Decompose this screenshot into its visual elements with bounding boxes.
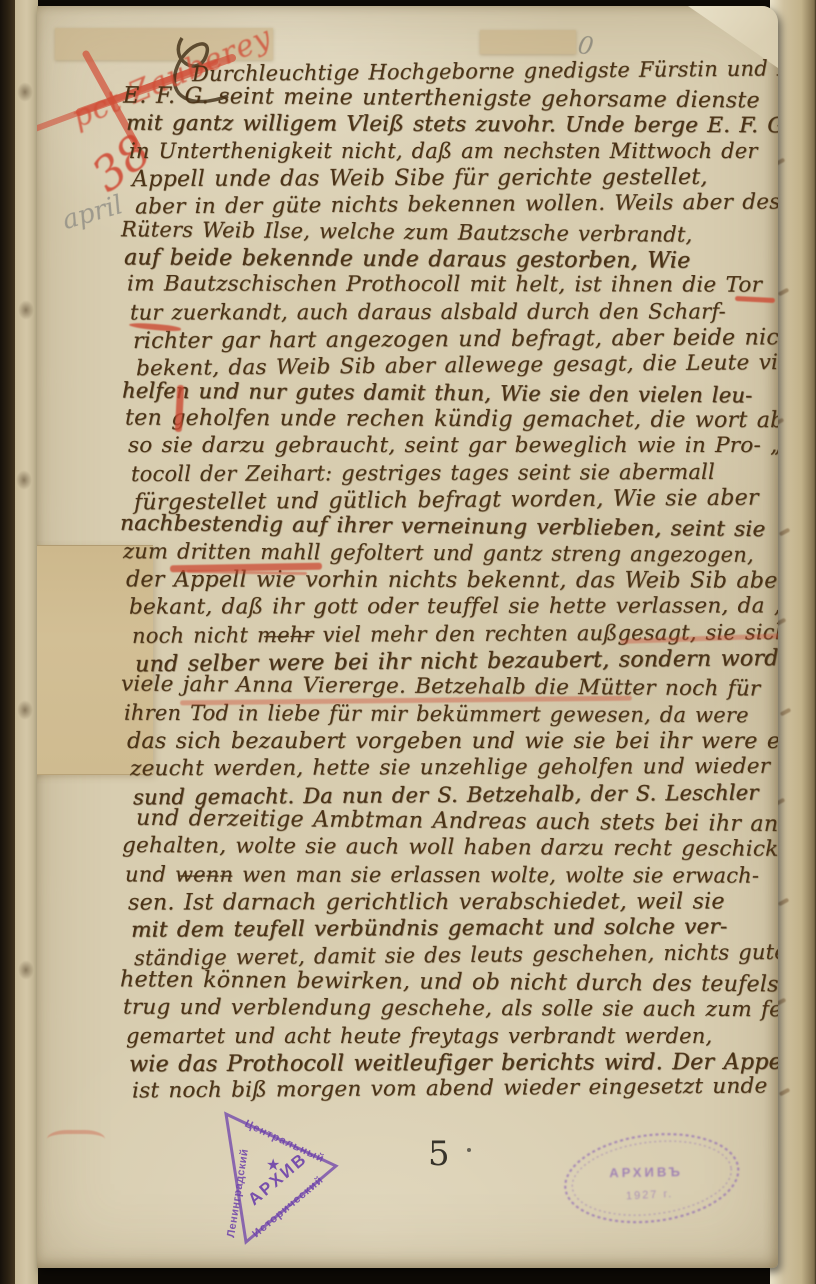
ink-bleed-mark	[779, 1088, 791, 1097]
manuscript-line: bekent, das Weib Sib aber allewege gesag…	[136, 350, 778, 382]
page-number: 5	[428, 1134, 450, 1174]
manuscript-line: Appell unde das Weib Sibe für gerichte g…	[132, 164, 708, 192]
ink-bleed-mark	[779, 528, 791, 537]
manuscript-line: sen. Ist darnach gerichtlich verabschied…	[128, 888, 725, 915]
binding-edge	[0, 0, 15, 1284]
manuscript-line: aber in der güte nichts bekennen wollen.…	[135, 189, 778, 220]
paper-sheet: pct Zauberey 38 april 0 Durchleuchtige H…	[37, 6, 778, 1268]
oval-stamp-line1: АРХИВЪ	[609, 1164, 683, 1180]
manuscript-line: in Unterthenigkeit nicht, daß am nechste…	[129, 138, 758, 164]
manuscript-line: auf beide bekennde unde daraus gestorben…	[124, 244, 691, 273]
manuscript-line: richter gar hart angezogen und befragt, …	[133, 324, 778, 354]
oval-stamp-line2: 1927 г.	[626, 1188, 674, 1202]
manuscript-text: Durchleuchtige Hochgeborne gnedigste Für…	[128, 58, 778, 1138]
manuscript-line: und w̶e̶n̶n̶ wen man sie erlassen wolte,…	[125, 861, 759, 888]
manuscript-line: so sie darzu gebraucht, seint gar bewegl…	[128, 433, 778, 459]
manuscript-line: mit dem teufell verbündnis gemacht und s…	[131, 914, 728, 943]
manuscript-line: tur zuerkandt, auch daraus alsbald durch…	[130, 299, 726, 326]
manuscript-line: fürgestellet und gütlich befragt worden,…	[134, 484, 759, 515]
manuscript-line: trug und verblendung geschehe, als solle…	[123, 995, 778, 1024]
manuscript-line: helfen und nur gutes damit thun, Wie sie…	[122, 377, 753, 408]
manuscript-line: bekant, daß ihr gott oder teuffel sie he…	[129, 593, 778, 620]
stitch-mark	[18, 960, 34, 980]
manuscript-line: im Bautzschischen Prothocoll mit helt, i…	[127, 272, 762, 299]
manuscript-line: gehalten, wolte sie auch woll haben darz…	[122, 833, 778, 863]
triangle-stamp-top-text: Центральный	[243, 1118, 327, 1166]
manuscript-line: wie das Prothocoll weitleufiger berichts…	[129, 1048, 778, 1077]
manuscript-line: tocoll der Zeihart: gestriges tages sein…	[131, 459, 715, 487]
ink-bleed-mark	[778, 898, 790, 907]
stitch-mark	[17, 82, 33, 102]
manuscript-line: das sich bezaubert vorgeben und wie sie …	[127, 728, 778, 754]
manuscript-line: zeucht werden, hette sie unzehlige gehol…	[130, 753, 778, 782]
stitch-mark	[18, 300, 34, 320]
archive-oval-stamp: АРХИВЪ 1927 г.	[552, 1117, 753, 1243]
manuscript-line: Durchleuchtige Hochgeborne gnedigste Für…	[192, 55, 778, 87]
manuscript-line: Rüters Weib Ilse, welche zum Bautzsche v…	[121, 216, 693, 248]
tape-strip	[480, 30, 576, 54]
red-arc-mark	[47, 1130, 105, 1148]
manuscript-line: ten geholfen unde rechen kündig gemachet…	[125, 405, 778, 434]
stitch-mark	[16, 470, 32, 490]
ink-bleed-mark	[780, 708, 792, 717]
stitching-strip	[15, 0, 38, 1284]
manuscript-line: gemartet und acht heute freytags verbran…	[126, 1023, 712, 1049]
page-scan: { "annotations": { "red_crossed_note": "…	[0, 0, 816, 1284]
manuscript-line: E. F. G. seint meine unterthenigste geho…	[123, 82, 760, 113]
ink-bleed-mark	[778, 288, 790, 297]
pencil-note: april	[59, 190, 126, 236]
manuscript-line: mit gantz willigem Vleiß stets zuvohr. U…	[126, 110, 778, 139]
manuscript-line: noch nicht m̶e̶h̶r̶ viel mehr den rechte…	[132, 619, 778, 649]
page-number-dot	[467, 1148, 471, 1152]
archive-triangle-stamp: Центральный Исторический Ленинградский ★…	[210, 1100, 364, 1258]
stitch-mark	[17, 700, 33, 720]
manuscript-line: hetten können bewirken, und ob nicht dur…	[120, 966, 778, 997]
